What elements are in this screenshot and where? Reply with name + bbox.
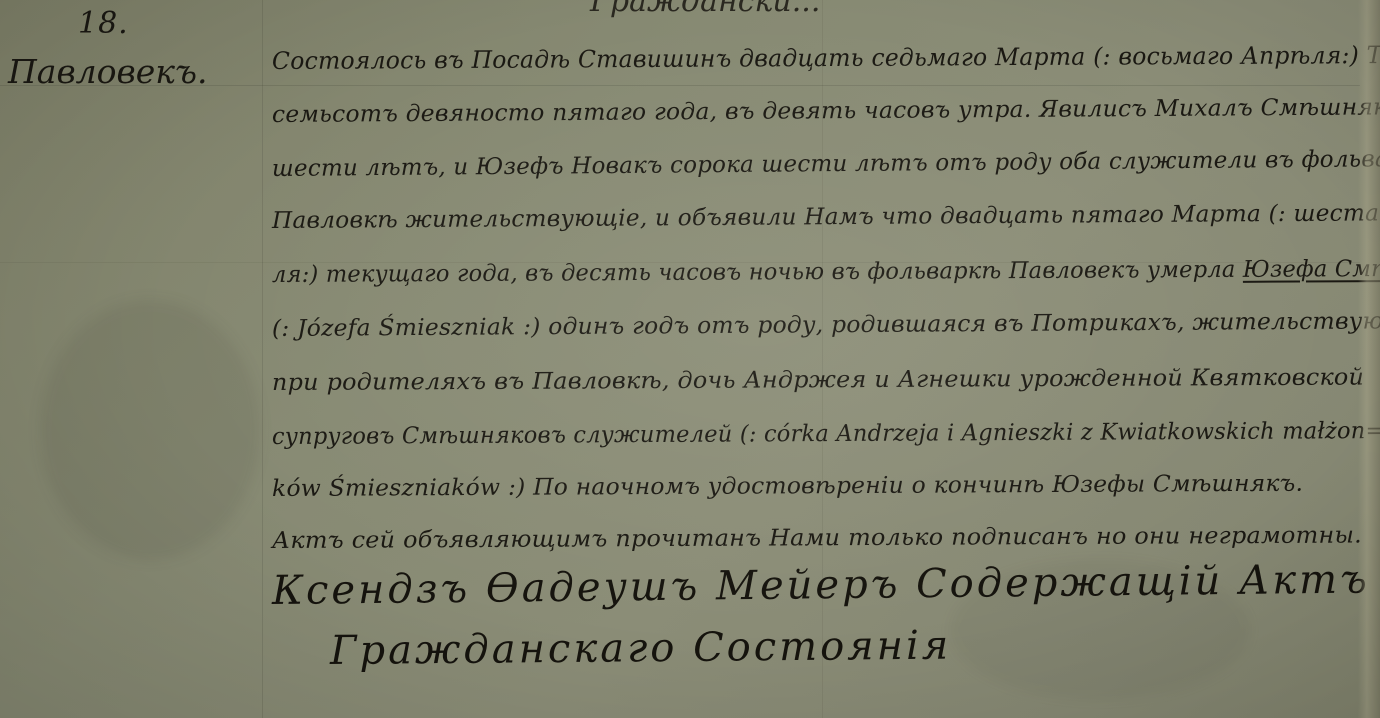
margin-place-name: Павловекъ. xyxy=(8,52,207,91)
record-line-10: Актъ сей объявляющимъ прочитанъ Нами тол… xyxy=(272,521,1362,556)
document-page: Граждански... 18. Павловекъ. Состоялось … xyxy=(0,0,1380,718)
record-line-4: Павловкѣ жительствующіе, и объявили Намъ… xyxy=(272,198,1380,236)
paper-stain xyxy=(40,300,260,560)
record-line-8: супруговъ Смѣшняковъ служителей (: córka… xyxy=(272,416,1380,452)
margin-fold-line xyxy=(262,0,263,718)
record-line-1: Состоялось въ Посадѣ Ставишинъ двадцать … xyxy=(272,39,1380,76)
record-line-9: ków Śmieszniaków :) По наочномъ удостовѣ… xyxy=(272,469,1303,504)
record-line-6: (: Józefa Śmieszniak :) одинъ годъ отъ р… xyxy=(272,306,1380,344)
page-edge xyxy=(1358,0,1380,718)
entry-number: 18. xyxy=(78,6,129,41)
record-line-3: шести лѣтъ, и Юзефъ Новакъ сорока шести … xyxy=(272,144,1380,184)
record-line-7: при родителяхъ въ Павловкѣ, дочь Андржея… xyxy=(272,363,1364,398)
line-5-text: ля:) текущаго года, въ десять часовъ ноч… xyxy=(272,256,1380,288)
signature-line-2: Гражданскаго Состоянія xyxy=(330,623,952,674)
top-cut-heading: Граждански... xyxy=(590,0,820,19)
record-line-2: семьсотъ девяносто пятаго года, въ девят… xyxy=(272,92,1380,130)
record-line-5: ля:) текущаго года, въ десять часовъ ноч… xyxy=(272,254,1380,290)
